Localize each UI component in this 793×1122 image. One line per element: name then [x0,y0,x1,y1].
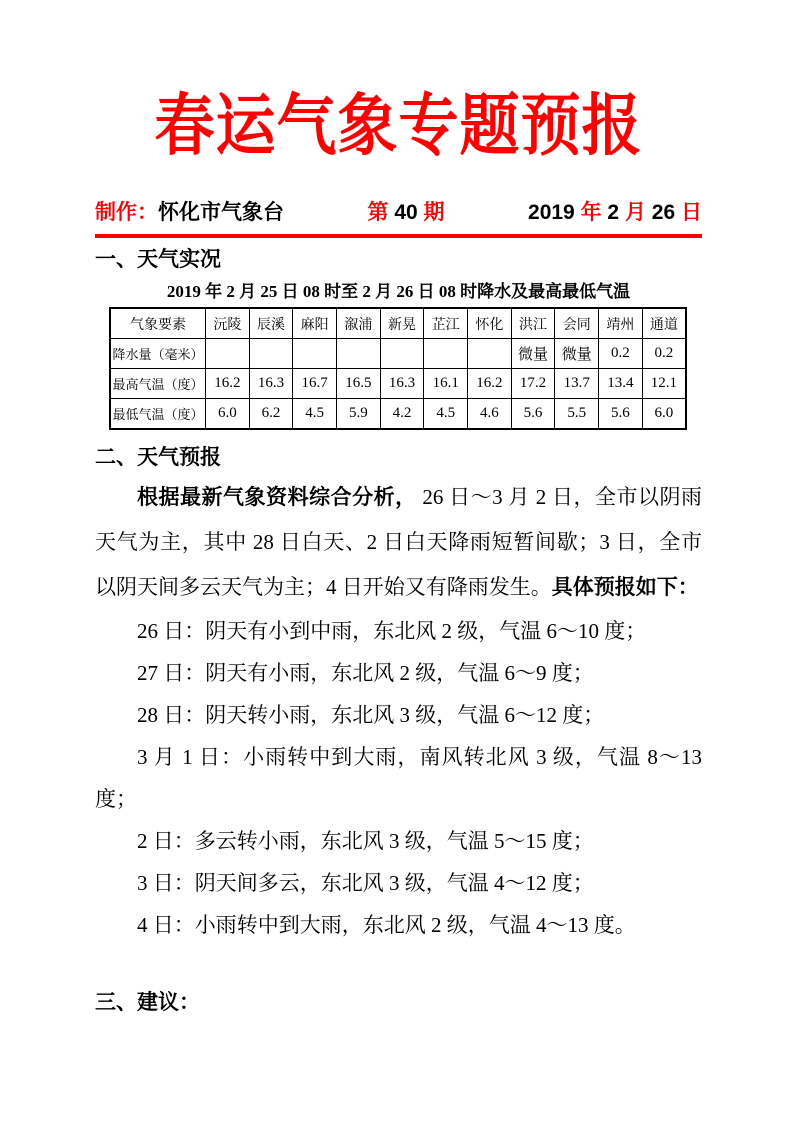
cell-value [206,339,250,369]
column-header: 洪江 [511,308,555,339]
intro-bold-tail: 具体预报如下： [552,576,699,599]
cell-value [380,339,424,369]
section-1-heading: 一、天气实况 [95,247,702,273]
column-header: 靖州 [599,308,643,339]
text-segment: 40 [394,201,417,224]
table-caption: 2019 年 2 月 25 日 08 时至 2 月 26 日 08 时降水及最高… [95,281,702,303]
row-label: 降水量（毫米） [110,339,206,369]
cell-value: 微量 [555,339,599,369]
cell-value: 0.2 [642,339,686,369]
issue-number: 第 40 期 [367,200,444,226]
cell-value: 4.6 [468,399,512,430]
cell-value: 16.3 [249,369,293,399]
column-header: 会同 [555,308,599,339]
cell-value: 17.2 [511,369,555,399]
cell-value [249,339,293,369]
column-header: 麻阳 [293,308,337,339]
column-header: 怀化 [468,308,512,339]
cell-value [293,339,337,369]
cell-value [468,339,512,369]
cell-value: 4.2 [380,399,424,430]
forecast-item: 26 日：阴天有小到中雨，东北风 2 级，气温 6～10 度； [95,610,702,652]
table-body: 降水量（毫米）微量微量0.20.2最高气温（度）16.216.316.716.5… [110,339,686,430]
cell-value: 4.5 [424,399,468,430]
table-header-row: 气象要素沅陵辰溪麻阳溆浦新晃芷江怀化洪江会同靖州通道 [110,308,686,339]
table-row: 降水量（毫米）微量微量0.20.2 [110,339,686,369]
report-date: 2019 年 2 月 26 日 [528,200,702,226]
column-header: 气象要素 [110,308,206,339]
cell-value: 5.6 [599,399,643,430]
cell-value: 6.0 [206,399,250,430]
divider-rule [95,234,702,238]
section-3-heading: 三、建议： [95,990,702,1016]
column-header: 沅陵 [206,308,250,339]
cell-value: 13.7 [555,369,599,399]
cell-value: 6.2 [249,399,293,430]
text-segment: 26 [652,201,681,224]
cell-value: 微量 [511,339,555,369]
document-page: 春运气象专题预报 制作：怀化市气象台 第 40 期 2019 年 2 月 26 … [0,0,793,1122]
producer-line: 制作：怀化市气象台 第 40 期 2019 年 2 月 26 日 [95,200,702,226]
cell-value: 5.9 [337,399,381,430]
cell-value: 16.7 [293,369,337,399]
section-2-heading: 二、天气预报 [95,445,702,471]
cell-value: 16.5 [337,369,381,399]
row-label: 最低气温（度） [110,399,206,430]
cell-value: 12.1 [642,369,686,399]
cell-value: 6.0 [642,399,686,430]
weather-table: 气象要素沅陵辰溪麻阳溆浦新晃芷江怀化洪江会同靖州通道 降水量（毫米）微量微量0.… [109,307,687,430]
text-segment: 日 [681,201,702,224]
intro-bold-lead: 根据最新气象资料综合分析， [137,486,417,509]
text-segment: 第 [367,201,394,224]
producer-org: 怀化市气象台 [158,201,284,224]
forecast-item: 2 日：多云转小雨，东北风 3 级，气温 5～15 度； [95,820,702,862]
forecast-intro: 根据最新气象资料综合分析， 26 日～3 月 2 日，全市以阴雨天气为主，其中 … [95,475,702,610]
cell-value [424,339,468,369]
forecast-item: 28 日：阴天转小雨，东北风 3 级，气温 6～12 度； [95,694,702,736]
cell-value: 13.4 [599,369,643,399]
forecast-item: 4 日：小雨转中到大雨，东北风 2 级，气温 4～13 度。 [95,904,702,946]
cell-value: 0.2 [599,339,643,369]
column-header: 通道 [642,308,686,339]
cell-value: 5.5 [555,399,599,430]
column-header: 芷江 [424,308,468,339]
forecast-item: 27 日：阴天有小雨，东北风 2 级，气温 6～9 度； [95,652,702,694]
forecast-item: 3 月 1 日：小雨转中到大雨，南风转北风 3 级，气温 8～13 度； [95,736,702,820]
text-segment: 年 [581,201,608,224]
column-header: 新晃 [380,308,424,339]
producer-label: 制作： [95,201,158,224]
cell-value: 4.5 [293,399,337,430]
forecast-list: 26 日：阴天有小到中雨，东北风 2 级，气温 6～10 度；27 日：阴天有小… [95,610,702,946]
cell-value: 16.2 [468,369,512,399]
text-segment: 月 [625,201,652,224]
row-label: 最高气温（度） [110,369,206,399]
cell-value: 16.3 [380,369,424,399]
text-segment: 2 [607,201,625,224]
forecast-item: 3 日：阴天间多云，东北风 3 级，气温 4～12 度； [95,862,702,904]
cell-value: 16.1 [424,369,468,399]
cell-value: 16.2 [206,369,250,399]
text-segment: 期 [418,201,445,224]
table-row: 最高气温（度）16.216.316.716.516.316.116.217.21… [110,369,686,399]
column-header: 溆浦 [337,308,381,339]
cell-value: 5.6 [511,399,555,430]
cell-value [337,339,381,369]
text-segment: 2019 [528,201,581,224]
column-header: 辰溪 [249,308,293,339]
document-title: 春运气象专题预报 [95,86,702,167]
table-row: 最低气温（度）6.06.24.55.94.24.54.65.65.55.66.0 [110,399,686,430]
producer-org-group: 制作：怀化市气象台 [95,200,284,226]
